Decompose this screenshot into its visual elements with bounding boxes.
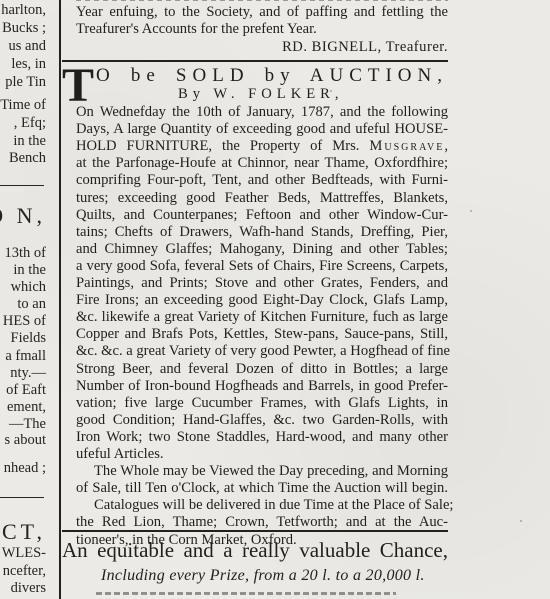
auction-body-line: comprifing Four-poft, Tent, and other Be…	[76, 172, 448, 189]
lottery-subheadline: Including every Prize, from a 20 l. to a…	[101, 567, 425, 585]
left-column-text-line: Time of	[0, 97, 46, 115]
auction-body-line: &c. likewife a great Variety of Kitchen …	[76, 309, 448, 326]
auction-body-line: ufeful Articles.	[76, 446, 448, 463]
left-column-text-line: nty.—	[10, 365, 46, 383]
auction-body-line: Days, A large Quantity of exceeding good…	[76, 121, 448, 138]
auction-body-line: Fire Irons; an exceeding good Eight-Day …	[76, 292, 448, 309]
auction-body-line: Quilts, and Counterpanes; Feftoon and ot…	[76, 207, 448, 224]
cropped-text-line	[96, 589, 396, 595]
left-column-text-line: , Efq;	[14, 115, 46, 133]
left-column-text-line: in the	[13, 133, 46, 151]
catalogue-notice-line: the Red Lion, Thame; Crown, Tetfworth; a…	[76, 514, 448, 531]
paper-speck	[470, 210, 472, 212]
section-rule	[62, 530, 448, 532]
left-column-text-line: which	[11, 279, 46, 297]
column-divider	[59, 0, 61, 599]
left-column-text-line: harlton,	[1, 2, 46, 20]
left-column-text-line: of Eaft	[6, 382, 46, 400]
left-column-text-line: nhead ;	[4, 460, 46, 478]
left-column-text-line: Bucks ;	[2, 20, 46, 38]
paper-speck	[520, 520, 522, 522]
left-column-text-line: les, in	[11, 56, 46, 74]
newspaper-page: harlton,Bucks ;us andles, inple TinTime …	[0, 0, 550, 599]
auction-body-line: a very good Sofa, feveral Sets of Chairs…	[76, 258, 448, 275]
auction-body-line: vation; five large Cucumber Frames, with…	[76, 395, 448, 412]
left-column-text-line: ple Tin	[5, 74, 46, 92]
left-column-text-line: Fields	[11, 330, 46, 348]
left-column-text-line: HES of	[3, 313, 46, 331]
auction-body-line: HOLD FURNITURE, the Property of Mrs. Mus…	[76, 138, 448, 155]
treasurer-notice-line-1: Year enfuing, to the Society, and of paf…	[76, 4, 448, 21]
auction-body-line: &c. &c. a great Variety of very good Pew…	[76, 343, 448, 360]
auction-body-line: On Wednefday the 10th of January, 1787, …	[76, 104, 448, 121]
left-column-text-line: —The	[9, 416, 46, 434]
left-column-text-line: ncefter,	[3, 563, 46, 581]
cropped-text-line	[76, 0, 448, 1]
left-column-text-line: ement,	[7, 399, 46, 417]
auctioneer-byline: By W. FOLKER,	[178, 86, 344, 103]
drop-cap: T	[62, 66, 94, 106]
section-rule	[62, 60, 448, 62]
auction-body-line: good Condition; Hand-Glaffes, &c. two Ga…	[76, 412, 448, 429]
auction-body-line: tains; Chefts of Drawers, Wafh-hand Stan…	[76, 224, 448, 241]
auction-body-line: at the Parfonage-Houfe at Chinnor, near …	[76, 155, 448, 172]
treasurer-signature: RD. BIGNELL, Treafurer.	[76, 39, 448, 56]
auction-headline: O be SOLD by AUCTION,	[96, 65, 448, 87]
lottery-headline: An equitable and a really valuable Chanc…	[62, 537, 448, 563]
viewing-notice-line: The Whole may be Viewed the Day precedin…	[76, 463, 448, 480]
auction-body-line: Number of Iron-bound Hogfheads and Barre…	[76, 378, 448, 395]
left-column-text-line: us and	[9, 38, 46, 56]
auction-body-line: tures; exceeding good Feather Beds, Matt…	[76, 190, 448, 207]
left-column-text-line: in the	[13, 262, 46, 280]
catalogue-notice-line: Catalogues will be delivered in due Time…	[76, 497, 448, 514]
left-column-text-line: ACT,	[0, 523, 46, 541]
auction-body-line: Iron Work; two Stone Staddles, Hard-wood…	[76, 429, 448, 446]
left-column-text-line: a fmall	[5, 348, 46, 366]
left-column-rule	[0, 185, 44, 186]
left-column-text-line: s about	[5, 432, 46, 450]
left-column-text-line: to an	[17, 296, 46, 314]
main-column: Year enfuing, to the Society, and of paf…	[76, 0, 448, 599]
viewing-notice-line: of Sale, till Ten o'Clock, at which Time…	[76, 480, 448, 497]
auction-body-line: and Chimney Glaffes; Mahogany, Dining an…	[76, 241, 448, 258]
treasurer-notice-line-2: Treafurer's Accounts for the prefent Yea…	[76, 21, 448, 38]
owner-name: Musgrave	[369, 138, 444, 154]
left-column-text-line: WLES-	[2, 545, 46, 563]
left-column-text-line: 13th of	[5, 245, 46, 263]
left-column-text-line: Bench	[9, 150, 46, 168]
left-column-rule	[0, 497, 44, 498]
auction-body-line: Paintings, and Prints; Stove and other G…	[76, 275, 448, 292]
auction-body-line: Copper and Brafs Pots, Kettles, Stew-pan…	[76, 326, 448, 343]
paper-speck	[400, 575, 402, 577]
left-column-fragment: harlton,Bucks ;us andles, inple TinTime …	[0, 0, 48, 599]
auction-body-line: Strong Beer, and feveral Dozen of ditto …	[76, 361, 448, 378]
left-column-text-line: O N,	[0, 207, 46, 225]
left-column-text-line: divers	[11, 580, 46, 598]
paper-speck	[330, 90, 332, 92]
